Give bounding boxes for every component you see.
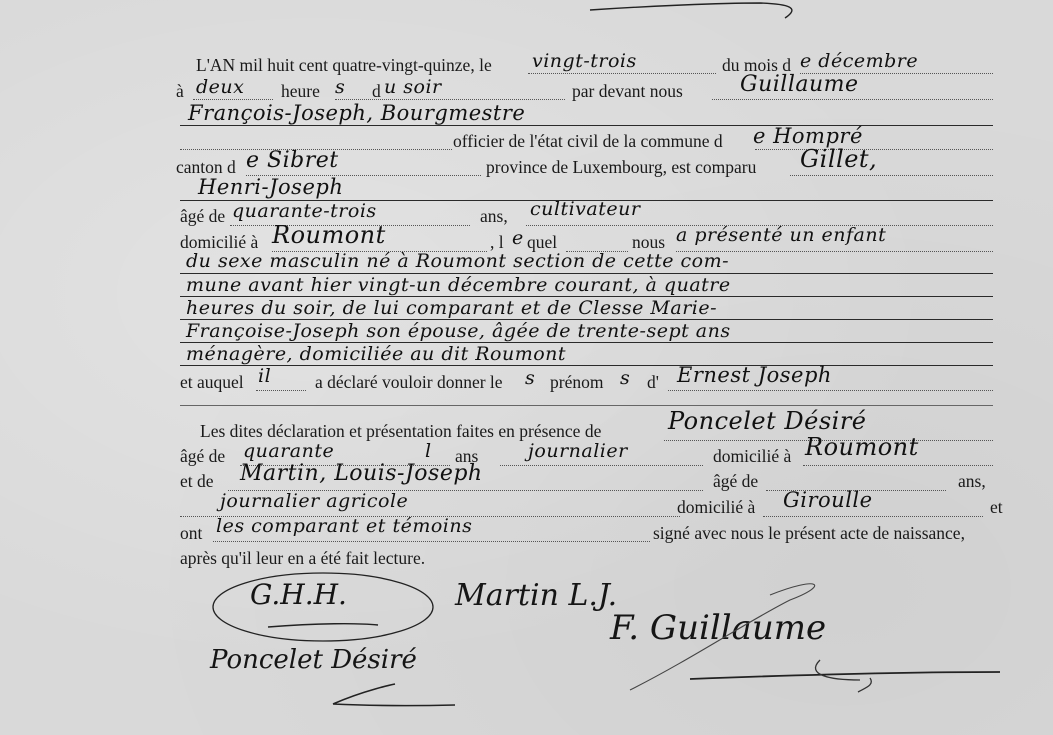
section-divider xyxy=(180,405,993,406)
signed-text: signé avec nous le présent acte de naiss… xyxy=(653,522,965,544)
commune-value: e Hompré xyxy=(753,125,863,147)
age-label: âgé de xyxy=(180,205,225,227)
dotted-line xyxy=(763,516,983,517)
narrative-line-5: ménagère, domiciliée au dit Roumont xyxy=(186,343,566,365)
declarant-residence: Roumont xyxy=(272,224,386,246)
birth-month-value: e décembre xyxy=(800,50,918,72)
dotted-line xyxy=(790,175,993,176)
declared-text: a déclaré vouloir donner le xyxy=(315,371,503,393)
presentation-text: a présenté un enfant xyxy=(676,224,886,246)
officer-surname: Guillaume xyxy=(740,74,859,96)
gender-suffix: e xyxy=(512,227,524,249)
reading-text: après qu'il leur en a été fait lecture. xyxy=(180,547,425,569)
dotted-line xyxy=(335,99,565,100)
plural-suffix-2: s xyxy=(620,367,630,389)
have-label: ont xyxy=(180,522,202,544)
narrative-line-3: heures du soir, de lui comparant et de C… xyxy=(186,297,717,319)
period-value: u soir xyxy=(384,76,442,98)
plural-suffix-1: s xyxy=(525,367,535,389)
before-us-label: par devant nous xyxy=(572,80,683,102)
dotted-line xyxy=(803,465,993,466)
narrative-line-4: Françoise-Joseph son épouse, âgée de tre… xyxy=(186,320,731,342)
given-names-label: prénom xyxy=(550,371,603,393)
witnesses-intro-text: Les dites déclaration et présentation fa… xyxy=(200,420,601,442)
witness1-name: Poncelet Désiré xyxy=(668,410,867,432)
witness2-age-label: âgé de xyxy=(713,470,758,492)
declarant-age: quarante-trois xyxy=(232,200,377,222)
province-text: province de Luxembourg, est comparu xyxy=(486,156,756,178)
rule-line xyxy=(180,125,993,126)
witness2-name: Martin, Louis-Joseph xyxy=(240,463,483,485)
of-label: d' xyxy=(647,371,659,393)
officer-given-names: François-Joseph, Bourgmestre xyxy=(188,102,525,124)
intro-text: L'AN mil huit cent quatre-vingt-quinze, … xyxy=(196,54,492,76)
witness2-signature: Martin L.J. xyxy=(455,578,617,613)
narrative-line-1: du sexe masculin né à Roumont section de… xyxy=(186,250,729,272)
witness2-years-label: ans, xyxy=(958,470,986,492)
dotted-line xyxy=(193,99,273,100)
hours-label: heure xyxy=(281,80,320,102)
rule-line xyxy=(180,365,993,366)
declarant-surname: Gillet, xyxy=(800,148,877,170)
dotted-line xyxy=(213,541,650,542)
dotted-line xyxy=(528,73,716,74)
witness1-signature: Poncelet Désiré xyxy=(210,645,417,675)
declarant-given-names: Henri-Joseph xyxy=(198,176,343,198)
child-given-names: Ernest Joseph xyxy=(677,364,832,386)
hour-value: deux xyxy=(196,76,244,98)
signers-value: les comparant et témoins xyxy=(216,515,472,537)
witness1-age: quarante xyxy=(243,440,334,462)
dotted-line xyxy=(668,390,993,391)
and-of-label: et de xyxy=(180,470,214,492)
dotted-line xyxy=(712,99,993,100)
officer-title-text: officier de l'état civil de la commune d xyxy=(453,130,723,152)
dotted-line xyxy=(256,390,306,391)
hours-suffix: s xyxy=(335,76,345,98)
declarant-profession: cultivateur xyxy=(530,198,640,220)
witness2-residence: Giroulle xyxy=(783,489,873,511)
witness1-profession: journalier xyxy=(528,440,628,462)
at-label: à xyxy=(176,80,184,102)
witness1-residence-label: domicilié à xyxy=(713,445,791,467)
witness1-residence: Roumont xyxy=(805,436,919,458)
and-label: et xyxy=(990,496,1003,518)
narrative-line-2: mune avant hier vingt-un décembre couran… xyxy=(186,274,731,296)
declarant-signature: G.H.H. xyxy=(250,578,347,611)
witness1-age-label: âgé de xyxy=(180,445,225,467)
officer-signature: F. Guillaume xyxy=(610,608,826,648)
canton-value: e Sibret xyxy=(246,150,339,172)
dotted-line xyxy=(500,465,703,466)
witness2-profession: journalier agricole xyxy=(220,490,408,512)
declarant-pronoun: il xyxy=(258,365,271,387)
birth-day-value: vingt-trois xyxy=(532,50,637,72)
witness2-residence-label: domicilié à xyxy=(677,496,755,518)
years-label: ans, xyxy=(480,205,508,227)
witness1-age-extra: l xyxy=(425,440,432,462)
and-to-whom-label: et auquel xyxy=(180,371,244,393)
